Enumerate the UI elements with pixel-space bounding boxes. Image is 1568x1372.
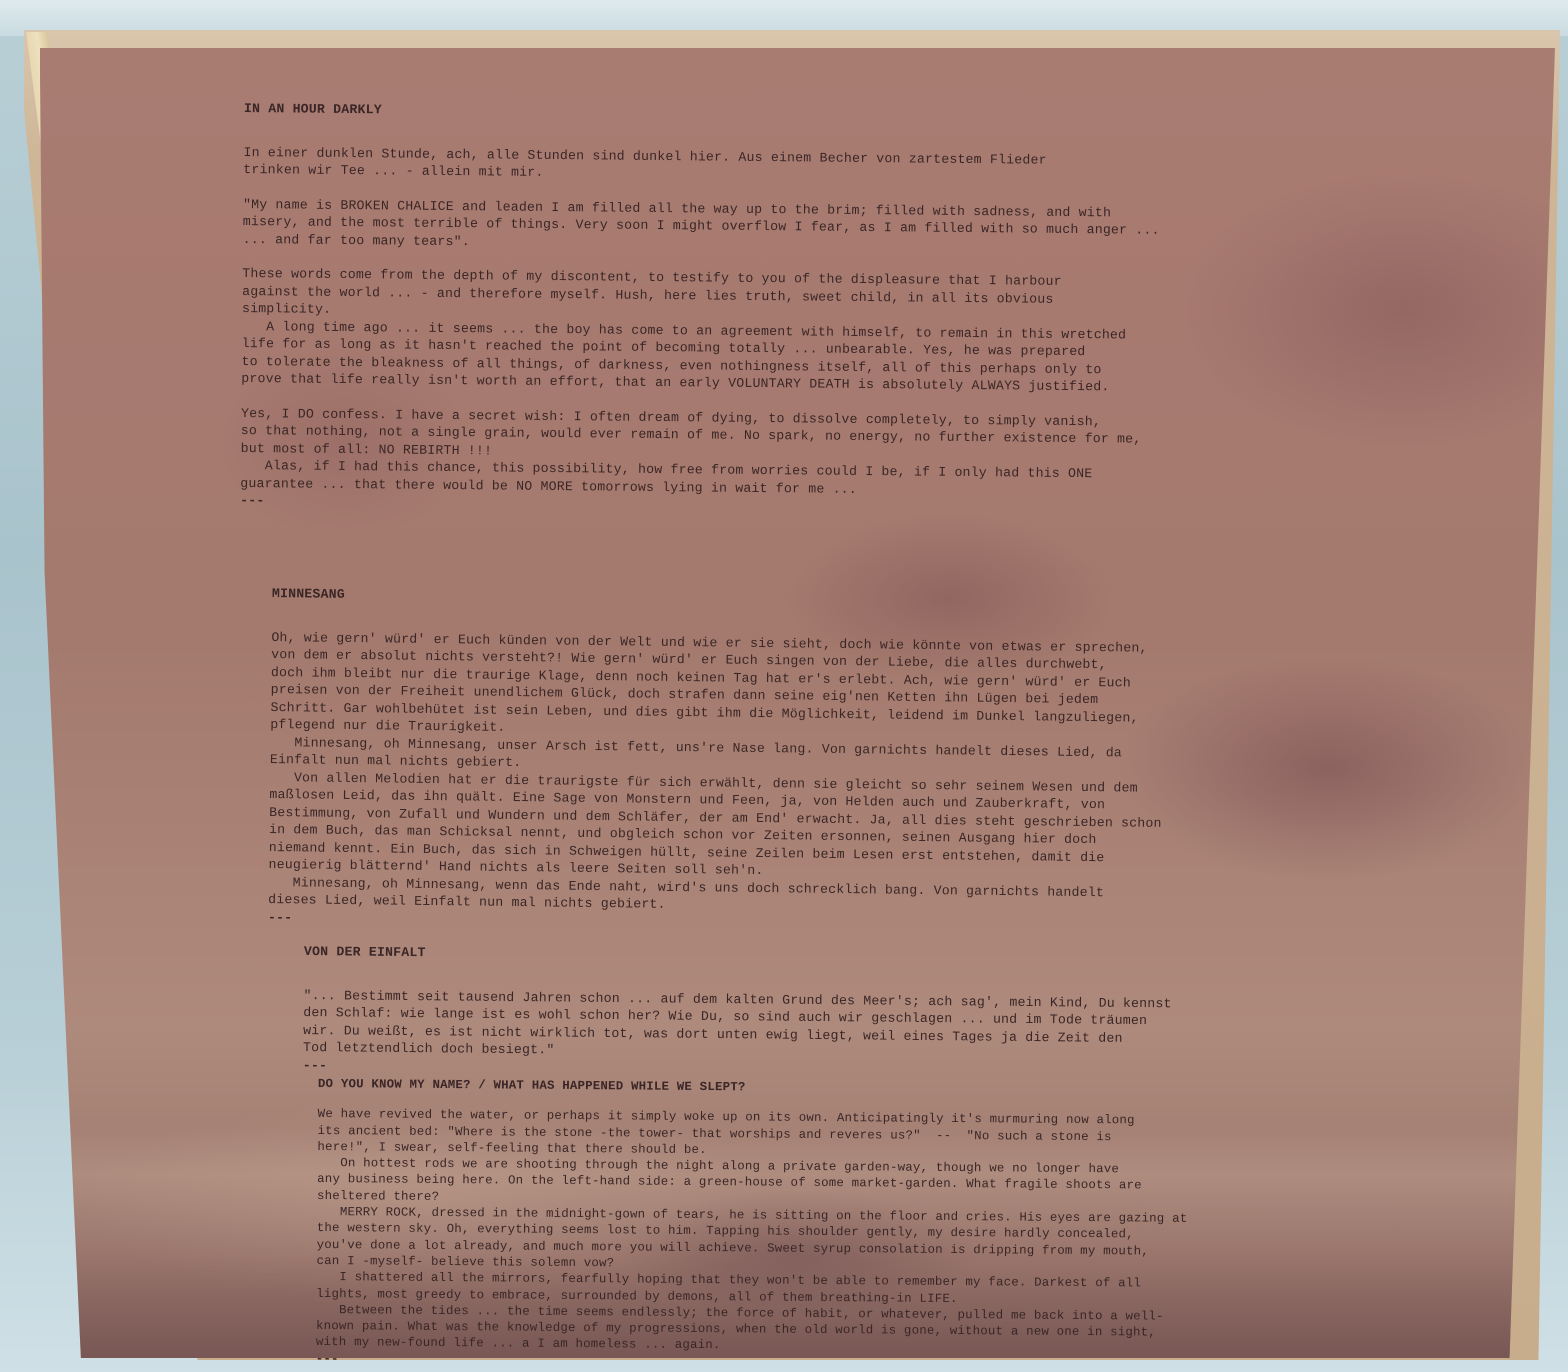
lyrics-text-layer: IN AN HOUR DARKLYIn einer dunklen Stunde… bbox=[0, 0, 1568, 1372]
section-minnesang: MINNESANGOh, wie gern' würd' er Euch kün… bbox=[268, 585, 1165, 937]
section-title: IN AN HOUR DARKLY bbox=[244, 100, 1161, 126]
section-do-you-know-my-name: DO YOU KNOW MY NAME? / WHAT HAS HAPPENED… bbox=[316, 1076, 1189, 1372]
section-title: VON DER EINFALT bbox=[304, 943, 1172, 969]
section-title: MINNESANG bbox=[272, 585, 1165, 613]
section-von-der-einfalt: VON DER EINFALT"... Bestimmt seit tausen… bbox=[303, 943, 1172, 1082]
section-in-an-hour-darkly: IN AN HOUR DARKLYIn einer dunklen Stunde… bbox=[240, 100, 1161, 518]
